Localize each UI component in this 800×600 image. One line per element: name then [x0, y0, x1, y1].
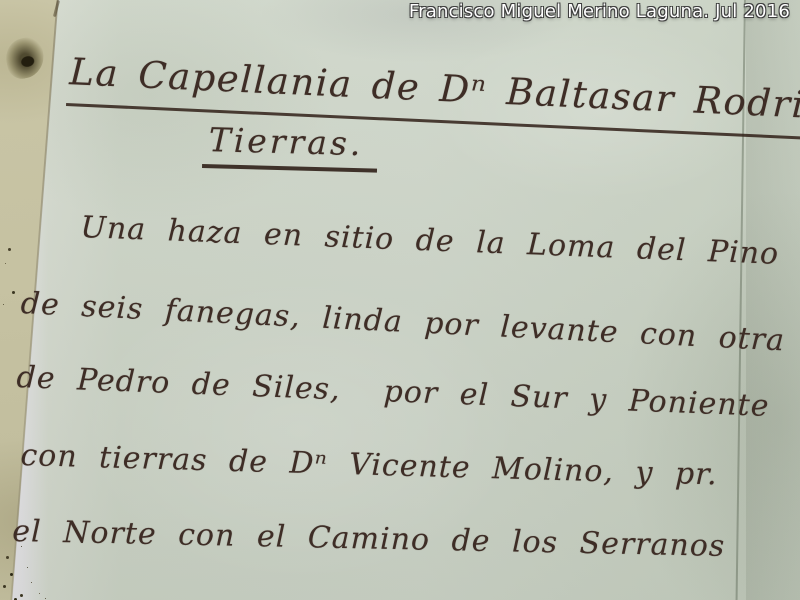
ink-blot	[2, 34, 47, 81]
ink-specks	[0, 0, 3, 3]
manuscript-photo: Francisco Miguel Merino Laguna. Jul 2016…	[0, 0, 800, 600]
photo-watermark-caption: Francisco Miguel Merino Laguna. Jul 2016	[409, 1, 790, 22]
manuscript-subtitle: Tierras.	[202, 120, 378, 173]
